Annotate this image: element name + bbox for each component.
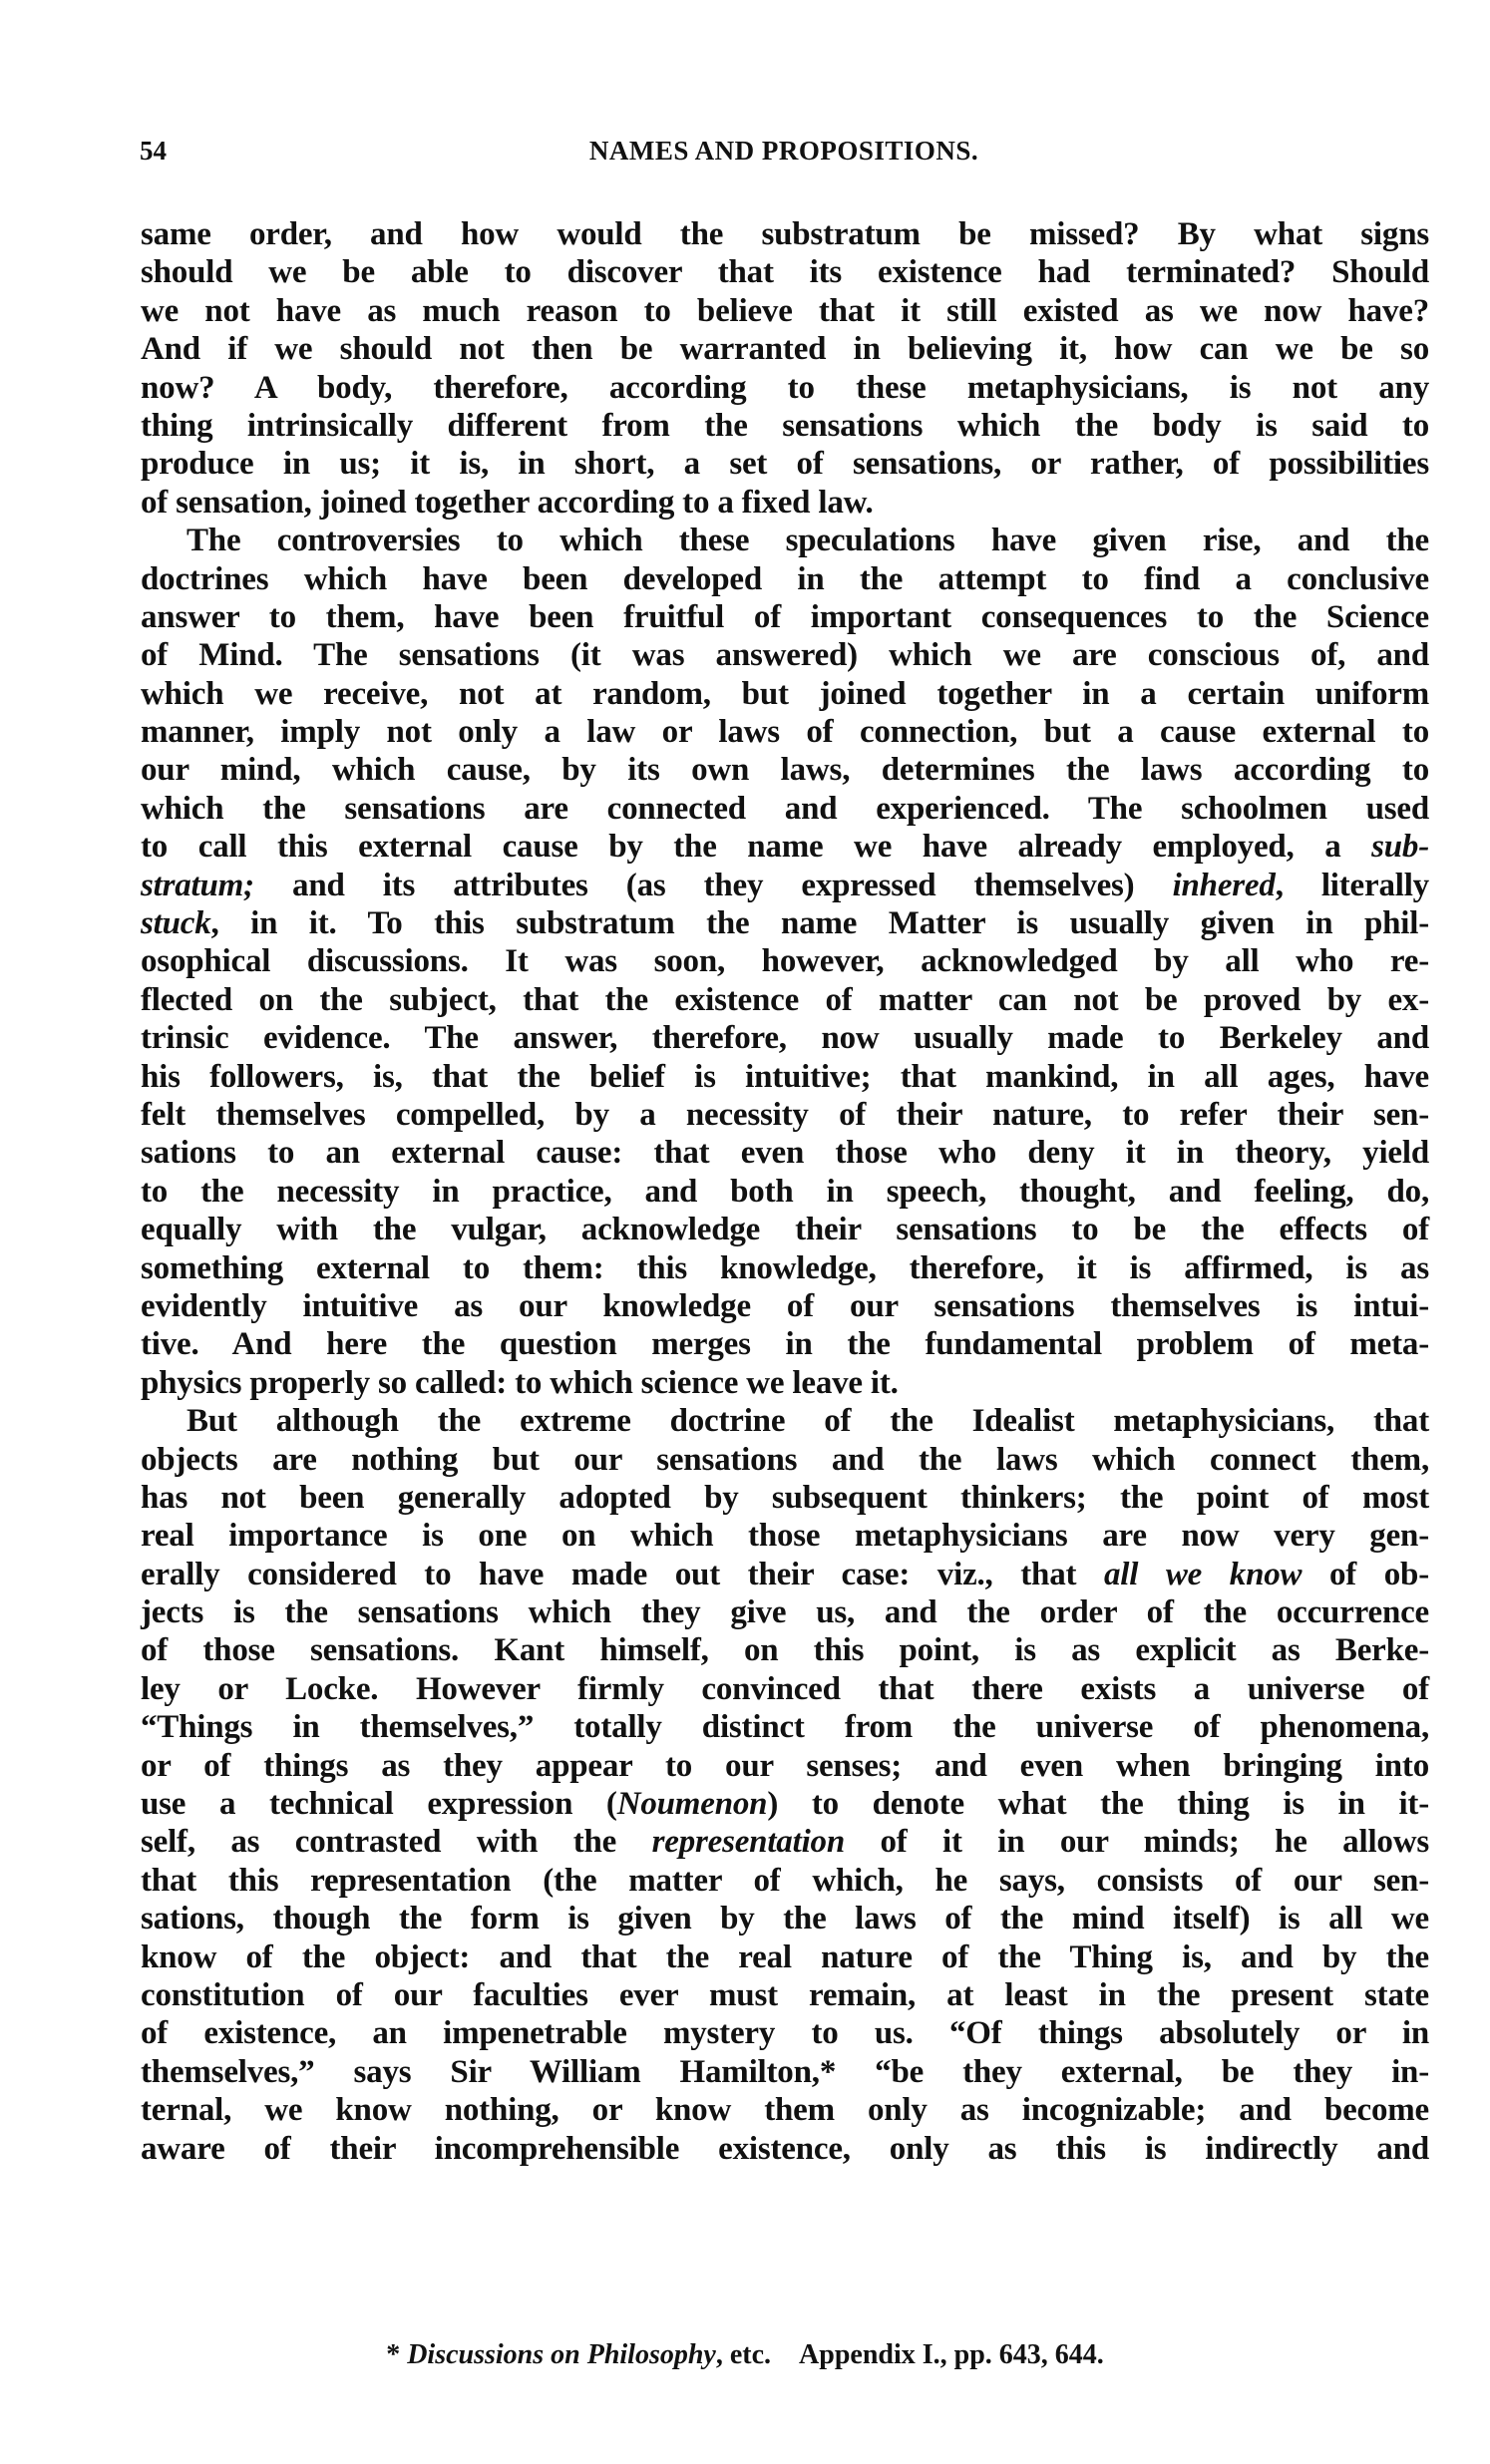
- text-line: of Mind. The sensations (it was answered…: [141, 636, 1429, 674]
- text-line: produce in us; it is, in short, a set of…: [141, 445, 1429, 483]
- footnote-work-title: Discussions on Philosophy: [407, 2339, 716, 2370]
- text-line: his followers, is, that the belief is in…: [141, 1058, 1429, 1096]
- text-line: sations to an external cause: that even …: [141, 1134, 1429, 1172]
- line-text: erally considered to have made out their…: [141, 1557, 1104, 1592]
- line-text: trinsic evidence. The answer, therefore,…: [141, 1020, 1429, 1056]
- line-text: his followers, is, that the belief is in…: [141, 1059, 1429, 1095]
- text-line: trinsic evidence. The answer, therefore,…: [141, 1019, 1429, 1057]
- text-line: our mind, which cause, by its own laws, …: [141, 751, 1429, 789]
- line-text: of Mind. The sensations (it was answered…: [141, 637, 1429, 673]
- text-line: something external to them: this knowled…: [141, 1249, 1429, 1287]
- body-text: same order, and how would the substratum…: [141, 215, 1429, 2168]
- text-line: know of the object: and that the real na…: [141, 1938, 1429, 1976]
- line-text: which the sensations are connected and e…: [141, 791, 1429, 827]
- text-line: constitution of our faculties ever must …: [141, 1976, 1429, 2014]
- line-text: self, as contrasted with the: [141, 1824, 652, 1860]
- line-text: use a technical expression (: [141, 1786, 617, 1822]
- line-text: , literally: [1276, 868, 1429, 903]
- running-head: 54 NAMES AND PROPOSITIONS.: [140, 136, 1428, 177]
- footnote-reference: Appendix I., pp. 643, 644.: [799, 2339, 1104, 2370]
- text-line: flected on the subject, that the existen…: [141, 981, 1429, 1019]
- text-line: physics properly so called: to which sci…: [141, 1364, 1429, 1402]
- line-text: sations to an external cause: that even …: [141, 1135, 1429, 1171]
- line-text: our mind, which cause, by its own laws, …: [141, 752, 1429, 788]
- text-line: ley or Locke. However firmly convinced t…: [141, 1670, 1429, 1708]
- text-line: of sensation, joined together according …: [141, 484, 1429, 522]
- book-page: 54 NAMES AND PROPOSITIONS. same order, a…: [0, 0, 1490, 2464]
- italic-text: Noumenon: [617, 1786, 768, 1822]
- text-line: to the necessity in practice, and both i…: [141, 1173, 1429, 1211]
- text-line: themselves,” says Sir William Hamilton,*…: [141, 2053, 1429, 2091]
- line-text: flected on the subject, that the existen…: [141, 982, 1429, 1018]
- italic-text: stuck: [141, 905, 211, 941]
- italic-text: stratum;: [141, 868, 254, 903]
- text-line: use a technical expression (Noumenon) to…: [141, 1785, 1429, 1823]
- text-line: same order, and how would the substratum…: [141, 215, 1429, 253]
- line-text: which we receive, not at random, but joi…: [141, 676, 1429, 712]
- line-text: that this representation (the matter of …: [141, 1863, 1429, 1899]
- running-title: NAMES AND PROPOSITIONS.: [140, 136, 1428, 167]
- line-text: of it in our minds; he allows: [845, 1824, 1429, 1860]
- text-line: real importance is one on which those me…: [141, 1517, 1429, 1555]
- text-line: or of things as they appear to our sense…: [141, 1747, 1429, 1785]
- line-text: constitution of our faculties ever must …: [141, 1977, 1429, 2013]
- line-text: answer to them, have been fruitful of im…: [141, 599, 1429, 635]
- text-line: And if we should not then be warranted i…: [141, 330, 1429, 368]
- line-text: produce in us; it is, in short, a set of…: [141, 446, 1429, 482]
- line-text: themselves,” says Sir William Hamilton,*…: [141, 2054, 1429, 2090]
- text-line: evidently intuitive as our knowledge of …: [141, 1287, 1429, 1325]
- text-line: aware of their incomprehensible existenc…: [141, 2130, 1429, 2168]
- text-line: that this representation (the matter of …: [141, 1862, 1429, 1900]
- text-line: of existence, an impenetrable mystery to…: [141, 2014, 1429, 2052]
- line-text: ternal, we know nothing, or know them on…: [141, 2092, 1429, 2128]
- line-text: doctrines which have been developed in t…: [141, 561, 1429, 597]
- line-text: And if we should not then be warranted i…: [141, 331, 1429, 367]
- footnote-marker: *: [386, 2339, 400, 2370]
- line-text: of those sensations. Kant himself, on th…: [141, 1632, 1429, 1668]
- text-line: doctrines which have been developed in t…: [141, 560, 1429, 598]
- italic-text: sub-: [1371, 829, 1429, 865]
- line-text: “Things in themselves,” totally distinct…: [141, 1709, 1429, 1745]
- line-text: tive. And here the question merges in th…: [141, 1326, 1429, 1362]
- text-line: of those sensations. Kant himself, on th…: [141, 1631, 1429, 1669]
- line-text: osophical discussions. It was soon, howe…: [141, 943, 1429, 979]
- line-text: felt themselves compelled, by a necessit…: [141, 1097, 1429, 1133]
- text-line: osophical discussions. It was soon, howe…: [141, 942, 1429, 980]
- italic-text: all we know: [1104, 1557, 1302, 1592]
- line-text: now? A body, therefore, according to the…: [141, 370, 1429, 406]
- italic-text: inhered: [1173, 868, 1276, 903]
- line-text: know of the object: and that the real na…: [141, 1939, 1429, 1975]
- text-line: which the sensations are connected and e…: [141, 790, 1429, 828]
- line-text: But although the extreme doctrine of the…: [186, 1403, 1429, 1439]
- line-text: same order, and how would the substratum…: [141, 216, 1429, 252]
- line-text: The controversies to which these specula…: [186, 523, 1429, 558]
- text-line: equally with the vulgar, acknowledge the…: [141, 1211, 1429, 1248]
- text-line: self, as contrasted with the representat…: [141, 1823, 1429, 1861]
- line-text: jects is the sensations which they give …: [141, 1594, 1429, 1630]
- text-line: jects is the sensations which they give …: [141, 1593, 1429, 1631]
- line-text: physics properly so called: to which sci…: [141, 1365, 899, 1401]
- line-text: to the necessity in practice, and both i…: [141, 1174, 1429, 1210]
- line-text: ley or Locke. However firmly convinced t…: [141, 1671, 1429, 1707]
- text-line: The controversies to which these specula…: [141, 522, 1429, 559]
- line-text: has not been generally adopted by subseq…: [141, 1480, 1429, 1516]
- line-text: real importance is one on which those me…: [141, 1518, 1429, 1554]
- footnote-etc: , etc.: [716, 2339, 771, 2370]
- line-text: something external to them: this knowled…: [141, 1250, 1429, 1286]
- text-line: manner, imply not only a law or laws of …: [141, 713, 1429, 751]
- footnote: * Discussions on Philosophy, etc.Appendi…: [0, 2339, 1490, 2371]
- line-text: evidently intuitive as our knowledge of …: [141, 1288, 1429, 1324]
- line-text: , in it. To this substratum the name Mat…: [211, 905, 1429, 941]
- line-text: to call this external cause by the name …: [141, 829, 1371, 865]
- line-text: aware of their incomprehensible existenc…: [141, 2131, 1429, 2167]
- text-line: now? A body, therefore, according to the…: [141, 369, 1429, 407]
- text-line: objects are nothing but our sensations a…: [141, 1441, 1429, 1479]
- line-text: ) to denote what the thing is in it-: [767, 1786, 1429, 1822]
- text-line: tive. And here the question merges in th…: [141, 1325, 1429, 1363]
- line-text: and its attributes (as they expressed th…: [254, 868, 1173, 903]
- line-text: of existence, an impenetrable mystery to…: [141, 2015, 1429, 2051]
- text-line: “Things in themselves,” totally distinct…: [141, 1708, 1429, 1746]
- text-line: answer to them, have been fruitful of im…: [141, 598, 1429, 636]
- line-text: we not have as much reason to believe th…: [141, 293, 1429, 329]
- line-text: of ob-: [1302, 1557, 1429, 1592]
- text-line: stuck, in it. To this substratum the nam…: [141, 904, 1429, 942]
- line-text: manner, imply not only a law or laws of …: [141, 714, 1429, 750]
- text-line: But although the extreme doctrine of the…: [141, 1402, 1429, 1440]
- line-text: objects are nothing but our sensations a…: [141, 1442, 1429, 1478]
- italic-text: representation: [652, 1824, 845, 1860]
- text-line: to call this external cause by the name …: [141, 828, 1429, 866]
- text-line: has not been generally adopted by subseq…: [141, 1479, 1429, 1517]
- text-line: felt themselves compelled, by a necessit…: [141, 1096, 1429, 1134]
- line-text: or of things as they appear to our sense…: [141, 1748, 1429, 1784]
- line-text: thing intrinsically different from the s…: [141, 408, 1429, 444]
- text-line: stratum; and its attributes (as they exp…: [141, 867, 1429, 904]
- text-line: sations, though the form is given by the…: [141, 1900, 1429, 1937]
- line-text: equally with the vulgar, acknowledge the…: [141, 1212, 1429, 1247]
- text-line: ternal, we know nothing, or know them on…: [141, 2091, 1429, 2129]
- text-line: which we receive, not at random, but joi…: [141, 675, 1429, 713]
- line-text: of sensation, joined together according …: [141, 485, 874, 521]
- line-text: sations, though the form is given by the…: [141, 1901, 1429, 1936]
- line-text: should we be able to discover that its e…: [141, 254, 1429, 290]
- text-line: should we be able to discover that its e…: [141, 253, 1429, 291]
- text-line: thing intrinsically different from the s…: [141, 407, 1429, 445]
- text-line: erally considered to have made out their…: [141, 1556, 1429, 1593]
- text-line: we not have as much reason to believe th…: [141, 292, 1429, 330]
